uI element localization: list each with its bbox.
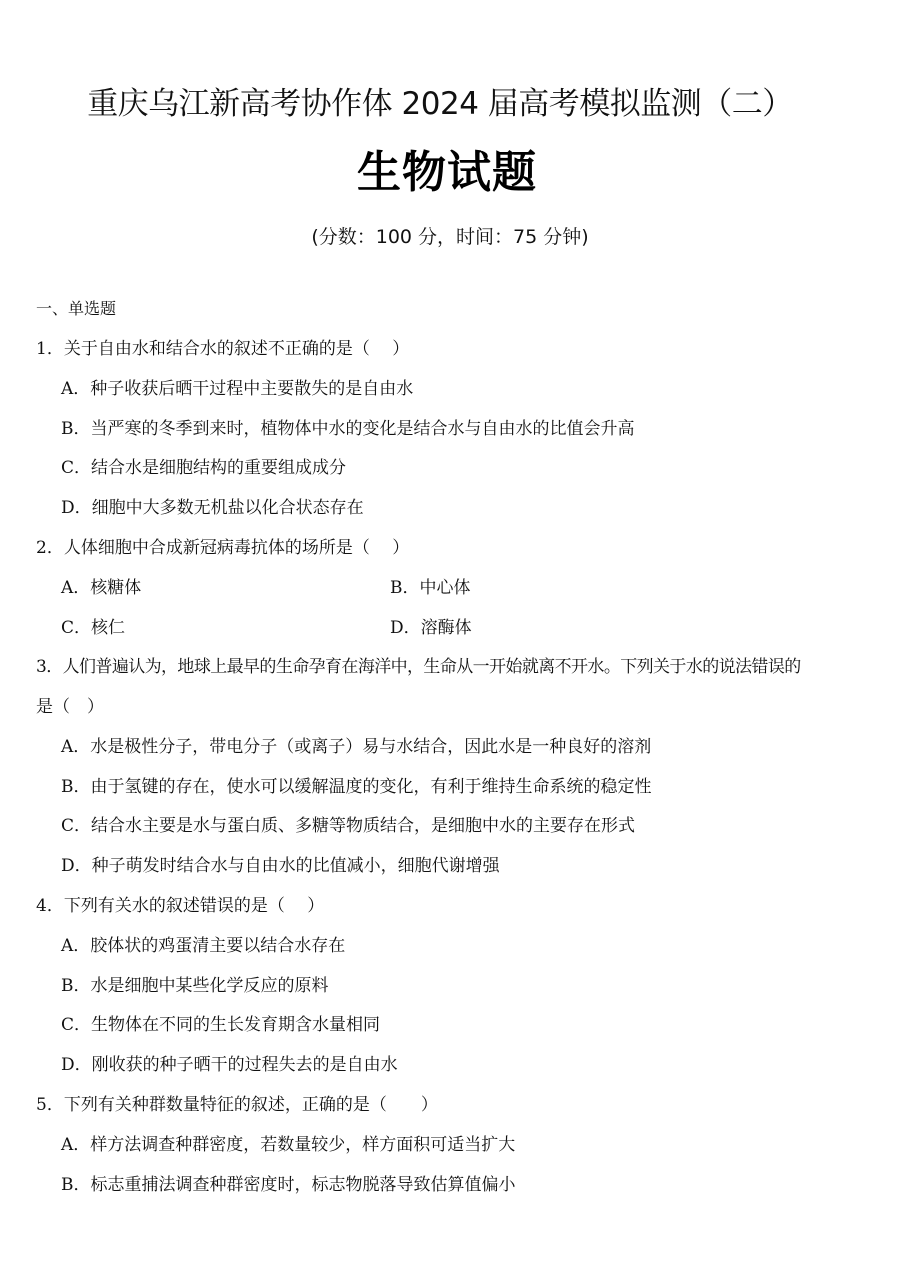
option-label: D． bbox=[390, 618, 421, 638]
option-text: 样方法调查种群密度，若数量较少，样方面积可适当扩大 bbox=[90, 1135, 515, 1155]
option-text: 由于氢键的存在，使水可以缓解温度的变化，有利于维持生命系统的稳定性 bbox=[91, 777, 652, 797]
option-c: C．结合水是细胞结构的重要组成成分 bbox=[61, 456, 346, 480]
option-label: A． bbox=[61, 578, 90, 598]
option-b: B．中心体 bbox=[390, 576, 471, 600]
option-text: 核仁 bbox=[91, 618, 125, 638]
option-text: 水是细胞中某些化学反应的原料 bbox=[91, 976, 329, 996]
option-c: C．核仁 bbox=[61, 616, 125, 640]
question-stem: 1．关于自由水和结合水的叙述不正确的是（ ） bbox=[36, 337, 409, 361]
option-text: 结合水是细胞结构的重要组成成分 bbox=[91, 458, 346, 478]
option-label: B． bbox=[61, 419, 91, 439]
question-text: 下列有关种群数量特征的叙述，正确的是（ ） bbox=[64, 1095, 438, 1115]
option-d: D．种子萌发时结合水与自由水的比值减小，细胞代谢增强 bbox=[61, 854, 500, 878]
option-text: 种子萌发时结合水与自由水的比值减小，细胞代谢增强 bbox=[92, 856, 500, 876]
option-b: B．当严寒的冬季到来时，植物体中水的变化是结合水与自由水的比值会升高 bbox=[61, 417, 635, 441]
exam-subject-title: 生物试题 bbox=[0, 145, 894, 201]
option-label: D． bbox=[61, 498, 92, 518]
option-text: 水是极性分子，带电分子（或离子）易与水结合，因此水是一种良好的溶剂 bbox=[90, 737, 651, 757]
option-label: A． bbox=[61, 379, 90, 399]
question-number: 3． bbox=[36, 655, 63, 679]
option-a: A．胶体状的鸡蛋清主要以结合水存在 bbox=[61, 934, 345, 958]
option-text: 种子收获后晒干过程中主要散失的是自由水 bbox=[90, 379, 413, 399]
option-text: 当严寒的冬季到来时，植物体中水的变化是结合水与自由水的比值会升高 bbox=[91, 419, 635, 439]
question-text: 人体细胞中合成新冠病毒抗体的场所是（ ） bbox=[64, 538, 409, 558]
option-label: B． bbox=[61, 976, 91, 996]
option-text: 刚收获的种子晒干的过程失去的是自由水 bbox=[92, 1055, 398, 1075]
option-a: A．种子收获后晒干过程中主要散失的是自由水 bbox=[61, 377, 413, 401]
option-b: B．水是细胞中某些化学反应的原料 bbox=[61, 974, 329, 998]
option-d: D．刚收获的种子晒干的过程失去的是自由水 bbox=[61, 1053, 398, 1077]
option-label: B． bbox=[61, 1175, 91, 1195]
option-label: D． bbox=[61, 1055, 92, 1075]
exam-score-time: (分数：100 分，时间：75 分钟) bbox=[0, 224, 900, 250]
option-label: C． bbox=[61, 458, 91, 478]
question-text: 下列有关水的叙述错误的是（ ） bbox=[64, 896, 324, 916]
exam-series-title: 重庆乌江新高考协作体 2024 届高考模拟监测（二） bbox=[0, 84, 880, 124]
option-b: B．标志重捕法调查种群密度时，标志物脱落导致估算值偏小 bbox=[61, 1173, 516, 1197]
option-text: 溶酶体 bbox=[421, 618, 472, 638]
question-stem: 4．下列有关水的叙述错误的是（ ） bbox=[36, 894, 324, 918]
option-text: 核糖体 bbox=[90, 578, 141, 598]
option-label: C． bbox=[61, 618, 91, 638]
option-label: B． bbox=[61, 777, 91, 797]
option-label: A． bbox=[61, 737, 90, 757]
option-label: D． bbox=[61, 856, 92, 876]
option-d: D．细胞中大多数无机盐以化合状态存在 bbox=[61, 496, 364, 520]
option-label: C． bbox=[61, 816, 91, 836]
option-text: 中心体 bbox=[420, 578, 471, 598]
option-c: C．生物体在不同的生长发育期含水量相同 bbox=[61, 1013, 380, 1037]
option-a: A．核糖体 bbox=[61, 576, 141, 600]
option-label: A． bbox=[61, 936, 90, 956]
option-text: 生物体在不同的生长发育期含水量相同 bbox=[91, 1015, 380, 1035]
question-number: 5． bbox=[36, 1093, 64, 1117]
question-stem: 2．人体细胞中合成新冠病毒抗体的场所是（ ） bbox=[36, 536, 409, 560]
question-number: 1． bbox=[36, 337, 64, 361]
question-number: 4． bbox=[36, 894, 64, 918]
option-c: C．结合水主要是水与蛋白质、多糖等物质结合，是细胞中水的主要存在形式 bbox=[61, 814, 635, 838]
option-a: A．水是极性分子，带电分子（或离子）易与水结合，因此水是一种良好的溶剂 bbox=[61, 735, 651, 759]
question-stem: 3．人们普遍认为，地球上最早的生命孕育在海洋中，生命从一开始就离不开水。下列关于… bbox=[36, 655, 801, 679]
question-text: 关于自由水和结合水的叙述不正确的是（ ） bbox=[64, 339, 409, 359]
option-d: D．溶酶体 bbox=[390, 616, 472, 640]
option-text: 细胞中大多数无机盐以化合状态存在 bbox=[92, 498, 364, 518]
question-stem-continued: 是（ ） bbox=[36, 695, 104, 719]
option-label: A． bbox=[61, 1135, 90, 1155]
option-label: C． bbox=[61, 1015, 91, 1035]
option-label: B． bbox=[390, 578, 420, 598]
option-b: B．由于氢键的存在，使水可以缓解温度的变化，有利于维持生命系统的稳定性 bbox=[61, 775, 652, 799]
question-number: 2． bbox=[36, 536, 64, 560]
option-a: A．样方法调查种群密度，若数量较少，样方面积可适当扩大 bbox=[61, 1133, 515, 1157]
question-text: 人们普遍认为，地球上最早的生命孕育在海洋中，生命从一开始就离不开水。下列关于水的… bbox=[63, 657, 801, 677]
option-text: 标志重捕法调查种群密度时，标志物脱落导致估算值偏小 bbox=[91, 1175, 516, 1195]
section-heading-single-choice: 一、单选题 bbox=[36, 297, 116, 321]
option-text: 胶体状的鸡蛋清主要以结合水存在 bbox=[90, 936, 345, 956]
question-stem: 5．下列有关种群数量特征的叙述，正确的是（ ） bbox=[36, 1093, 438, 1117]
option-text: 结合水主要是水与蛋白质、多糖等物质结合，是细胞中水的主要存在形式 bbox=[91, 816, 635, 836]
